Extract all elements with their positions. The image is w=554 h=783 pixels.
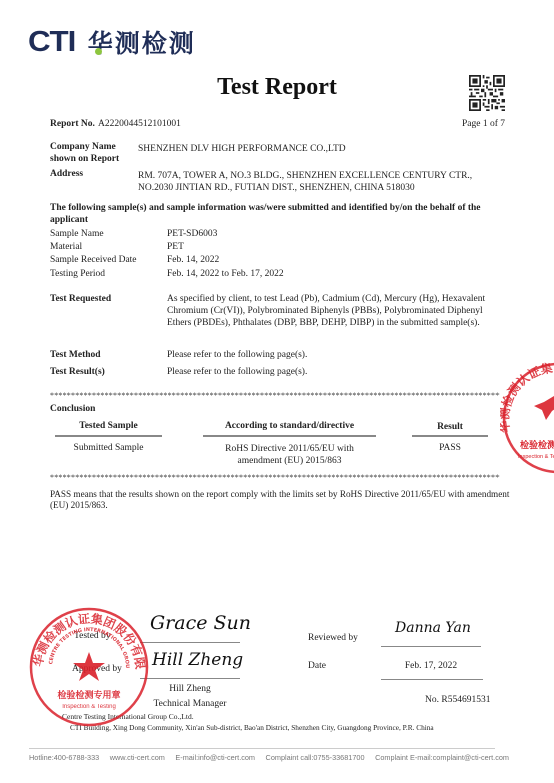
test-requested-line1: As specified by client, to test Lead (Pb… [167, 293, 485, 305]
received-date-value: Feb. 14, 2022 [167, 254, 219, 266]
separator-bottom: ****************************************… [50, 473, 500, 482]
divider [203, 435, 376, 437]
tested-by-signature: Grace Sun [150, 612, 251, 634]
svg-text:华测检测认证集团股份有限公司: 华测检测认证集团股份有限公司 [500, 362, 554, 434]
contact-footer: Hotline:400-6788-333 www.cti-cert.com E-… [29, 753, 509, 762]
svg-text:检验检测专用章: 检验检测专用章 [57, 689, 120, 701]
col-tested-sample: Tested Sample [55, 421, 162, 431]
email-link[interactable]: E-mail:info@cti-cert.com [175, 753, 255, 762]
conclusion-note-line1: PASS means that the results shown on the… [50, 488, 509, 500]
divider [140, 678, 240, 679]
testing-period-label: Testing Period [50, 268, 105, 280]
conclusion-heading: Conclusion [50, 403, 95, 415]
divider [55, 435, 162, 437]
website-link[interactable]: www.cti-cert.com [110, 753, 165, 762]
logo-dot-icon [95, 48, 102, 55]
divider [140, 642, 240, 643]
address-label: Address [50, 168, 83, 180]
test-requested-label: Test Requested [50, 293, 111, 305]
sample-name-value: PET-SD6003 [167, 228, 217, 240]
material-label: Material [50, 241, 82, 253]
address-line2: NO.2030 JINTIAN RD., FUTIAN DIST., SHENZ… [138, 182, 415, 194]
row-standard-line2: amendment (EU) 2015/863 [203, 455, 376, 467]
hotline: Hotline:400-6788-333 [29, 753, 99, 762]
test-method-label: Test Method [50, 349, 101, 361]
col-result: Result [412, 422, 488, 432]
received-date-label: Sample Received Date [50, 254, 137, 266]
approved-by-label: Approved by [72, 663, 122, 675]
reviewed-by-label: Reviewed by [308, 632, 358, 644]
cti-logo: CTI 华测检测 [28, 26, 196, 58]
row-standard-line1: RoHS Directive 2011/65/EU with [203, 443, 376, 455]
test-result-value: Please refer to the following page(s). [167, 366, 307, 378]
report-no-value: A2220044512101001 [98, 118, 181, 130]
company-address-footer: CTI Building, Xing Dong Community, Xin'a… [70, 722, 434, 734]
company-value: SHENZHEN DLV HIGH PERFORMANCE CO.,LTD [138, 143, 346, 155]
test-result-label: Test Result(s) [50, 366, 105, 378]
seal-stamp-partial-icon: 华测检测认证集团股份有限公司 检验检测专用章 Inspection & Test… [500, 362, 554, 474]
approver-title: Technical Manager [130, 698, 250, 710]
divider [412, 435, 488, 437]
col-standard: According to standard/directive [203, 421, 376, 431]
conclusion-note-line2: (EU) 2015/863. [50, 499, 108, 511]
svg-text:Inspection & Testing: Inspection & Testing [518, 454, 554, 460]
date-value: Feb. 17, 2022 [381, 660, 481, 672]
complaint-call: Complaint call:0755-33681700 [266, 753, 365, 762]
address-line1: RM. 707A, TOWER A, NO.3 BLDG., SHENZHEN … [138, 170, 472, 182]
testing-period-value: Feb. 14, 2022 to Feb. 17, 2022 [167, 268, 284, 280]
footer-divider [29, 748, 495, 749]
tested-by-label: Tested by [74, 630, 111, 642]
date-label: Date [308, 660, 326, 672]
page-indicator: Page 1 of 7 [462, 118, 505, 130]
qr-code-icon [469, 75, 505, 111]
approved-by-signature: Hill Zheng [152, 650, 243, 670]
row-result: PASS [412, 442, 488, 454]
test-requested-line2: Chromium (Cr(VI)), Polybrominated Biphen… [167, 305, 483, 317]
sample-name-label: Sample Name [50, 228, 104, 240]
serial-number: No. R554691531 [425, 694, 490, 706]
test-requested-line3: Ethers (PBDEs), Phthalates (DBP, BBP, DE… [167, 317, 480, 329]
test-method-value: Please refer to the following page(s). [167, 349, 307, 361]
svg-text:检验检测专用章: 检验检测专用章 [520, 439, 554, 451]
company-label-line1: Company Name [50, 141, 116, 153]
separator-top: ****************************************… [50, 391, 500, 400]
complaint-email-link[interactable]: Complaint E-mail:complaint@cti-cert.com [375, 753, 509, 762]
approver-name: Hill Zheng [140, 683, 240, 695]
logo-latin: CTI [28, 26, 75, 59]
divider [381, 646, 481, 647]
sample-intro-line1: The following sample(s) and sample infor… [50, 202, 481, 214]
material-value: PET [167, 241, 184, 253]
logo-chinese: 华测检测 [88, 24, 196, 60]
reviewed-by-signature: Danna Yan [395, 620, 471, 636]
sample-intro-line2: applicant [50, 214, 88, 226]
svg-text:Inspection & Testing: Inspection & Testing [62, 704, 116, 710]
company-label-line2: shown on Report [50, 153, 119, 165]
divider [381, 679, 483, 680]
row-tested-sample: Submitted Sample [55, 442, 162, 454]
report-no-label: Report No. [50, 118, 95, 130]
